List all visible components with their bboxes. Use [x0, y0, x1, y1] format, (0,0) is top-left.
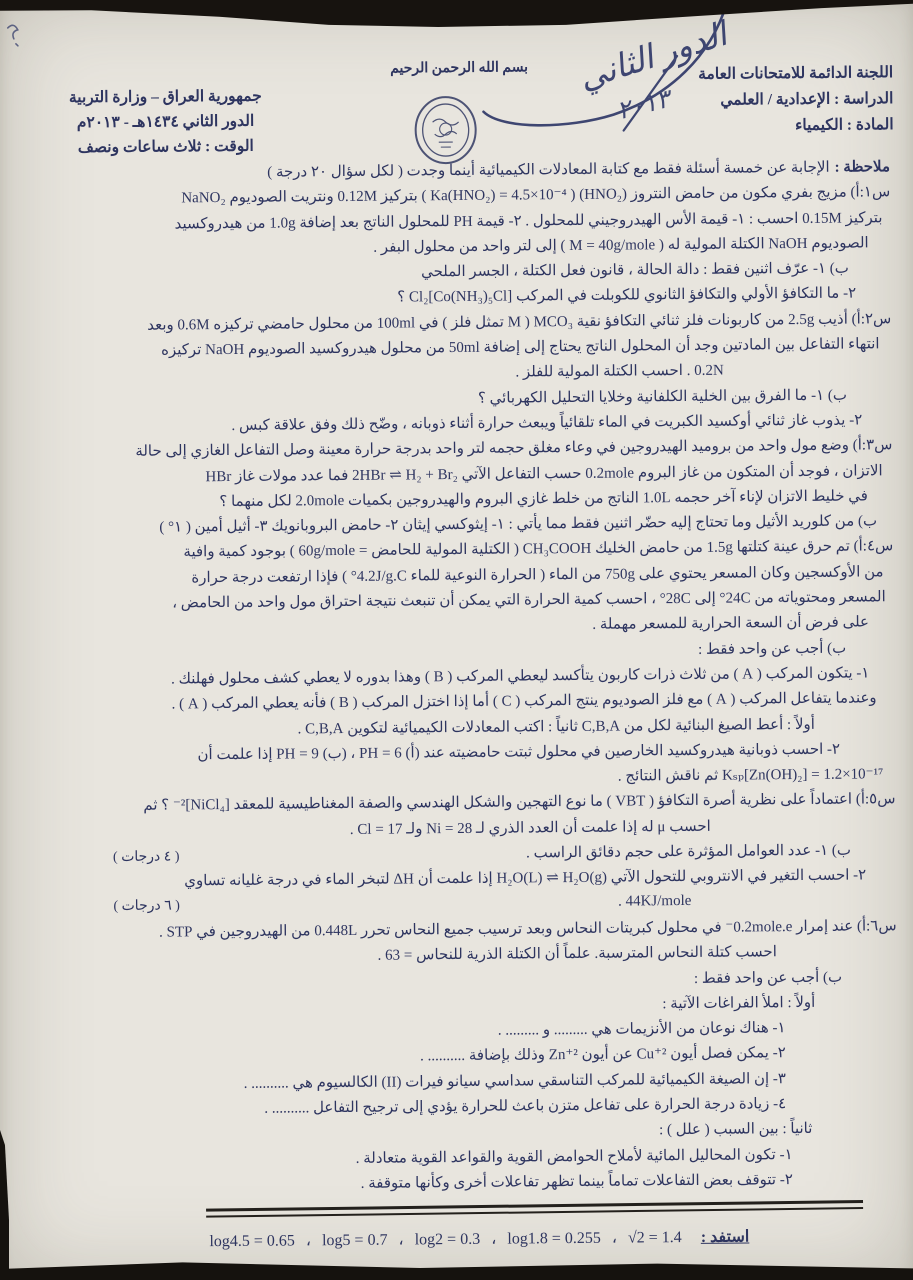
footer-label: استفد :: [701, 1227, 750, 1247]
line-text: على فرض أن السعة الحرارية للمسعر مهملة .: [592, 613, 894, 635]
exam-body: ملاحظة :الإجابة عن خمسة أسئلة فقط مع كتا…: [15, 157, 899, 1253]
footer-separator: ،: [398, 1232, 403, 1249]
footer-constant: log2 = 0.3: [415, 1231, 481, 1249]
footer-values: log4.5 = 0.65،log5 = 0.7،log2 = 0.3،log1…: [200, 1227, 691, 1251]
footer-constant: log1.8 = 0.255: [507, 1230, 601, 1248]
line-text: ٢- يمكن فصل أيون Cu⁺² عن أيون Zn⁺² وذلك …: [420, 1043, 898, 1066]
line-text: ب) أجب عن واحد فقط :: [698, 638, 894, 659]
handwriting-year-text: ٢٠١٣: [614, 85, 676, 125]
footer-divider: [206, 1200, 863, 1218]
marks-note: ( ٤ درجات ): [113, 848, 180, 866]
country-ministry: جمهورية العراق – وزارة التربية: [26, 83, 304, 110]
header-ministry-block: جمهورية العراق – وزارة التربية الدور الث…: [26, 83, 305, 160]
line-text: احسب كتلة النحاس المترسبة. علماً أن الكت…: [378, 941, 897, 965]
line-text: احسب μ له إذا علمت أن العدد الذري لـ Ni …: [350, 815, 896, 839]
exam-content: اللجنة الدائمة للامتحانات العامة الدراسة…: [0, 0, 913, 1280]
line-text: ب) ١- ما الفرق بين الخلية الكلفانية وخلا…: [478, 385, 892, 408]
footer-constant: √2 = 1.4: [628, 1229, 682, 1246]
note-text: الإجابة عن خمسة أسئلة فقط مع كتابة المعا…: [267, 160, 830, 181]
line-text: أولاً : املأ الفراغات الآتية :: [662, 992, 897, 1013]
exam-round-year: الدور الثاني ١٤٣٤هـ - ٢٠١٣م: [26, 108, 304, 135]
footer-constant: log4.5 = 0.65: [209, 1233, 295, 1251]
pen-mark: [2, 20, 28, 50]
line-text: أولاً : أعط الصيغ البنائية لكل من C,B,A …: [297, 714, 894, 738]
footer-separator: ،: [491, 1231, 496, 1248]
line-text: ب) ١- عدد العوامل المؤثرة على حجم دقائق …: [526, 840, 896, 862]
line-text: ٢- ما التكافؤ الأولي والتكافؤ الثانوي لل…: [397, 284, 891, 307]
line-text: ثانياً : بين السبب ( علل ) :: [659, 1118, 899, 1139]
line-text: ١- تكون المحاليل المائية لأملاح الحوامض …: [356, 1144, 899, 1168]
marks-note: ( ٦ درجات ): [113, 897, 180, 915]
line-text: 0.2N . احسب الكتلة المولية للفلز .: [515, 360, 892, 382]
line-text: ب) أجب عن واحد فقط :: [694, 967, 897, 988]
line-text: الصوديوم NaOH الكتلة المولية له ( M = 40…: [373, 233, 890, 257]
footer-separator: ،: [612, 1230, 617, 1247]
line-text: ٢- تتوقف بعض التفاعلات تماماً بينما تظهر…: [361, 1169, 899, 1193]
line-text: ١- هناك نوعان من الأنزيمات هي ......... …: [498, 1017, 898, 1039]
line-text: 44KJ/mole .: [618, 891, 896, 910]
footer-constants: استفد : log4.5 = 0.65،log5 = 0.7،log2 = …: [24, 1225, 899, 1253]
line-text: Kₛₚ[Zn(OH)₂] = 1.2×10⁻¹⁷ ثم ناقش النتائج…: [618, 764, 896, 785]
question-lines: س١:أ) مزيج بفري مكون من حامض النتروز (HN…: [15, 183, 899, 1202]
exam-duration: الوقت : ثلاث ساعات ونصف: [27, 133, 305, 160]
line-text: ب) ١- عرّف اثنين فقط : دالة الحالة ، قان…: [421, 258, 891, 281]
footer-separator: ،: [306, 1232, 311, 1249]
exam-paper: اللجنة الدائمة للامتحانات العامة الدراسة…: [0, 0, 913, 1280]
note-label: ملاحظة :: [835, 159, 890, 175]
footer-constant: log5 = 0.7: [322, 1232, 388, 1250]
